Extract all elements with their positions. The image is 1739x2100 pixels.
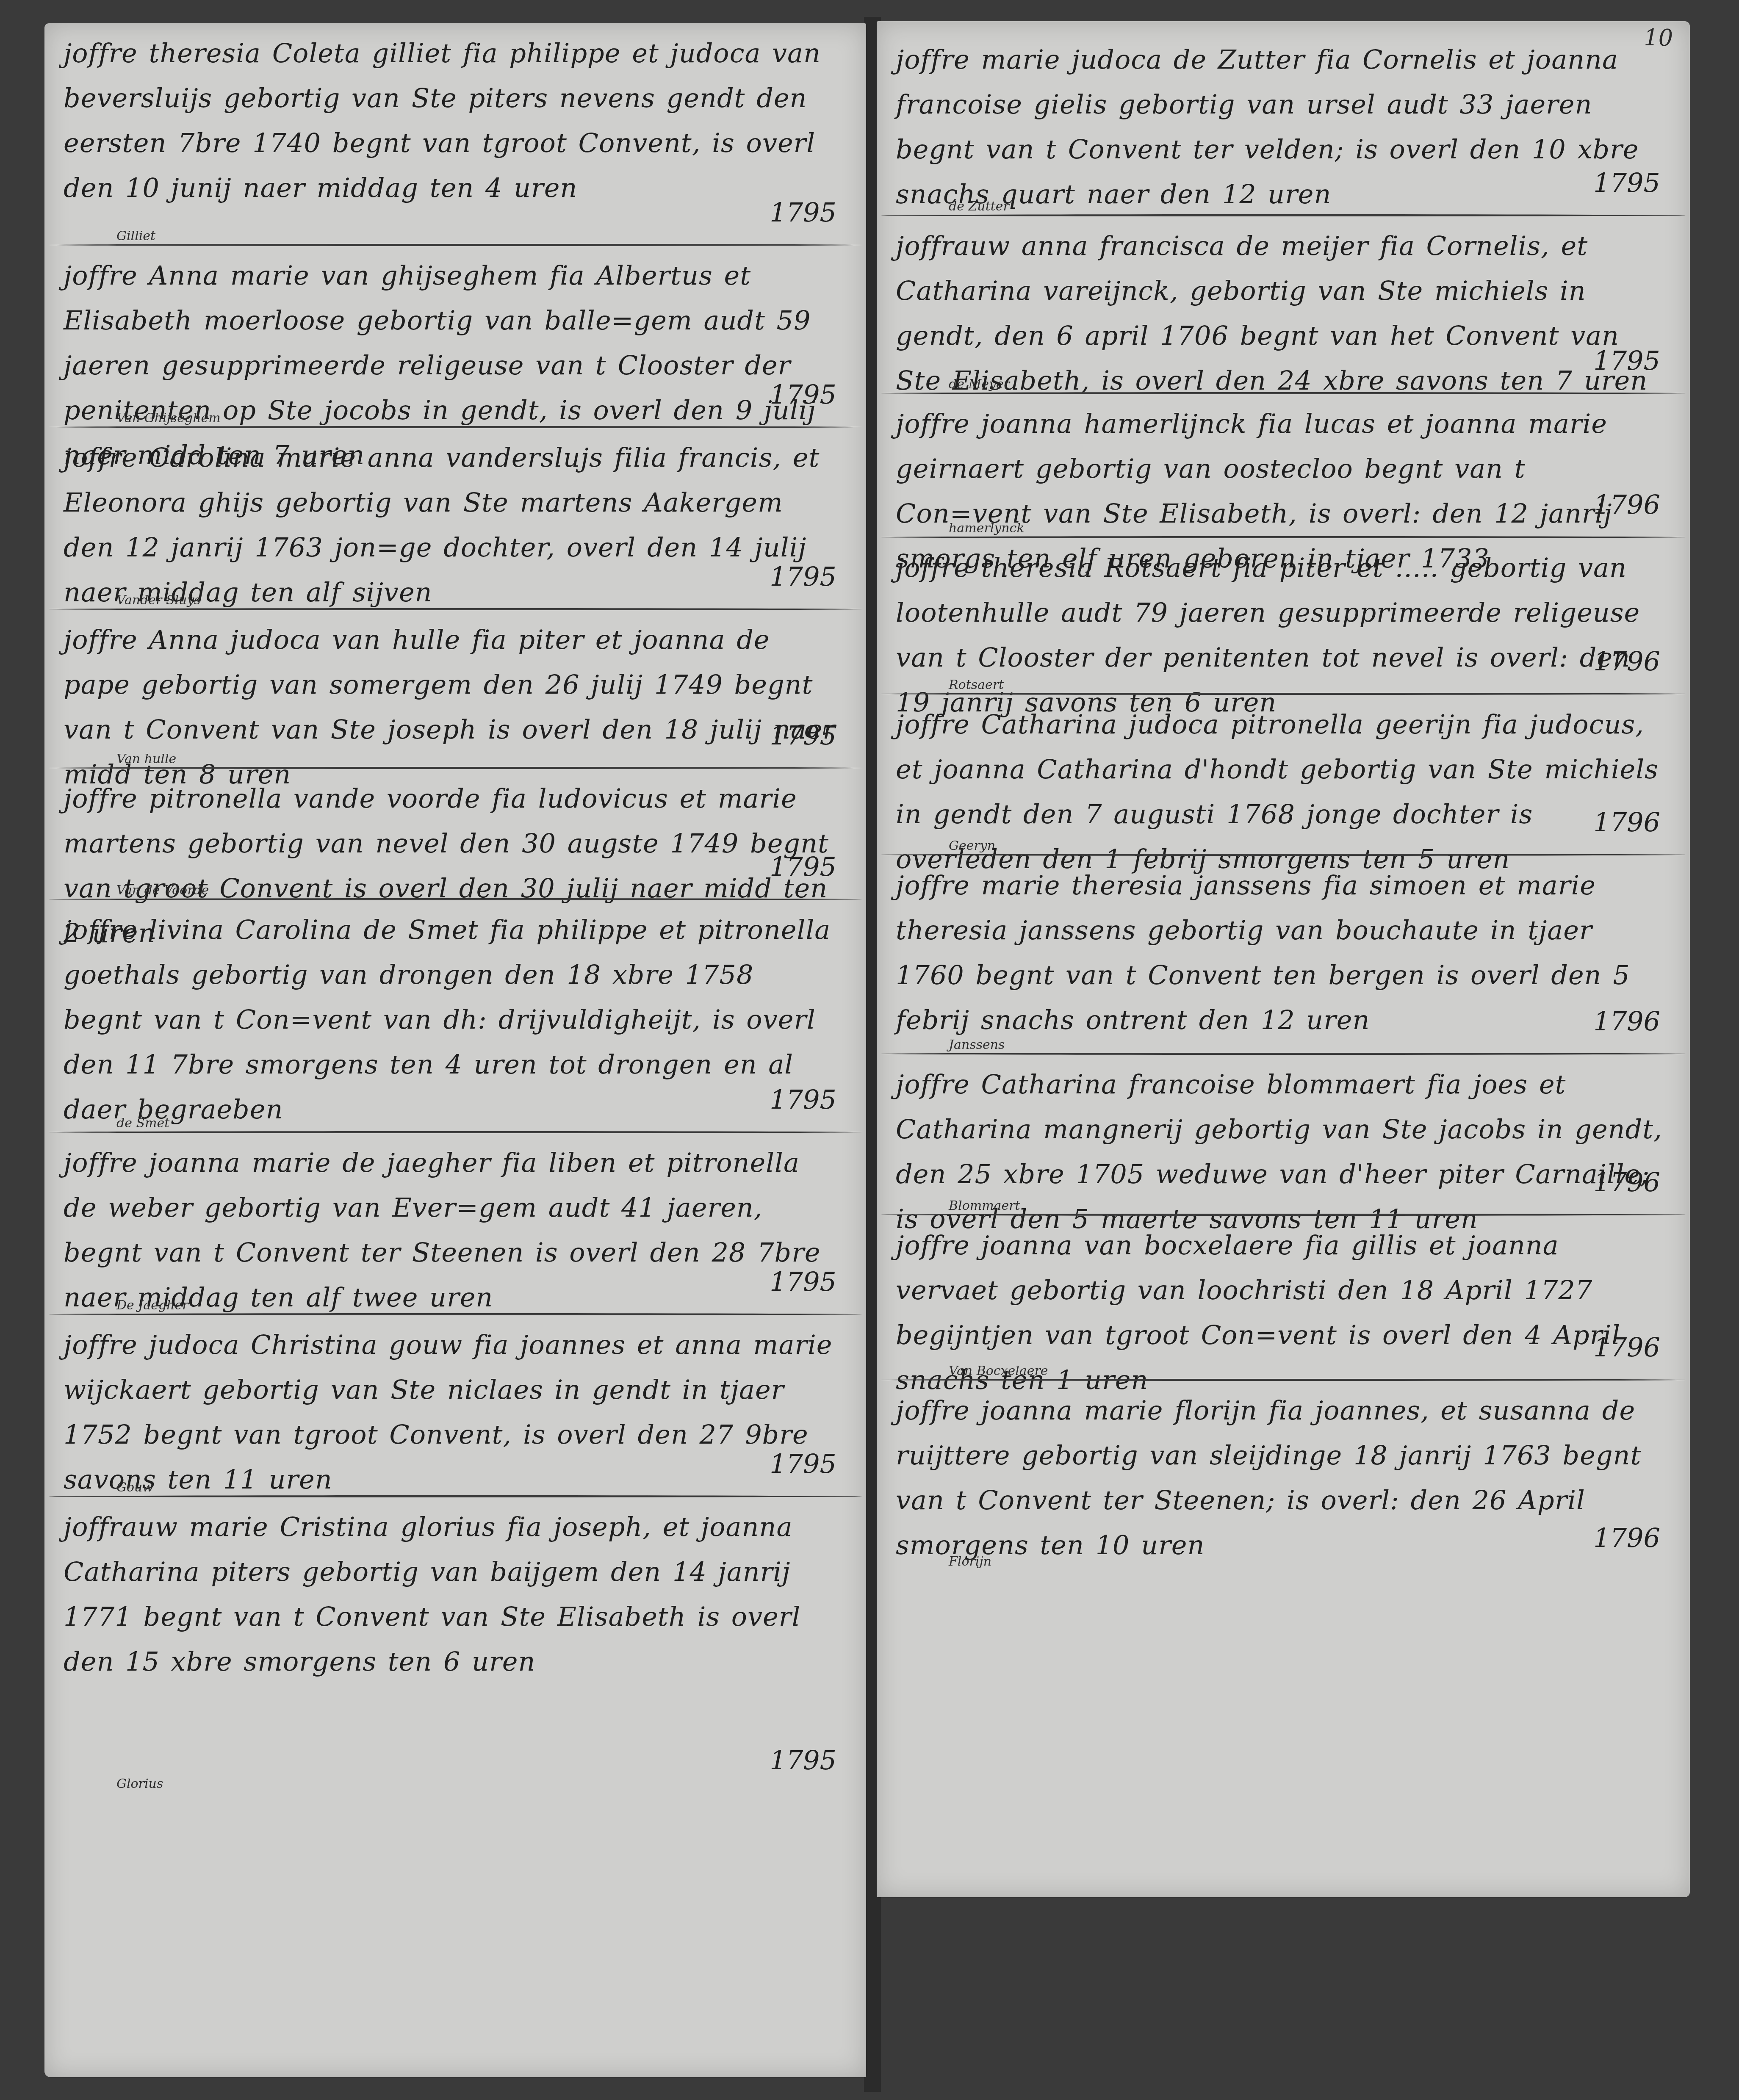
register-entry: joffre Catharina francoise blommaert fia…: [877, 1054, 1690, 1215]
margin-name: De Jaegher: [116, 1298, 188, 1313]
margin-name: de Smet: [116, 1116, 169, 1131]
margin-name: de Zutter: [949, 199, 1009, 214]
margin-name: Glorius: [116, 1776, 163, 1791]
register-entry: joffre joanna van bocxelaere fia gillis …: [877, 1215, 1690, 1381]
margin-name: Gouw: [116, 1480, 153, 1495]
margin-name: Blommaert: [949, 1198, 1020, 1213]
entry-text: joffre joanna marie de jaegher fia liben…: [64, 1140, 841, 1320]
register-entry: joffre Anna judoca van hulle fia piter e…: [44, 610, 866, 769]
entry-text: joffre theresia Coleta gilliet fia phili…: [64, 31, 841, 210]
register-entry: joffrauw anna francisca de meijer fia Co…: [877, 216, 1690, 394]
register-entry: joffre Carolina marie anna vanderslujs f…: [44, 428, 866, 610]
right-page: 10 joffre marie judoca de Zutter fia Cor…: [877, 21, 1690, 1897]
register-entry: joffre livina Carolina de Smet fia phili…: [44, 900, 866, 1133]
margin-name: hamerlynck: [949, 521, 1025, 536]
entry-year: 1795: [770, 561, 836, 592]
entry-text: joffre marie judoca de Zutter fia Cornel…: [896, 37, 1664, 217]
entry-year: 1796: [1593, 646, 1660, 677]
entry-year: 1795: [770, 197, 836, 228]
entry-year: 1795: [1593, 167, 1660, 198]
entry-text: joffre livina Carolina de Smet fia phili…: [64, 908, 841, 1132]
register-entry: joffre theresia Rotsaert fia piter et ..…: [877, 538, 1690, 694]
margin-name: Van Bocxelaere: [949, 1364, 1048, 1378]
entry-year: 1795: [770, 1448, 836, 1479]
register-entry: joffre marie judoca de Zutter fia Cornel…: [877, 30, 1690, 216]
margin-name: Vander Sluys: [116, 593, 201, 608]
register-entry: joffrauw marie Cristina glorius fia jose…: [44, 1497, 866, 1793]
margin-name: de Meyer: [949, 377, 1010, 392]
margin-name: Geeryn: [949, 838, 995, 853]
entry-year: 1795: [770, 1266, 836, 1297]
entry-text: joffre Carolina marie anna vanderslujs f…: [64, 435, 841, 615]
margin-name: Van hulle: [116, 752, 176, 766]
register-entry: joffre judoca Christina gouw fia joannes…: [44, 1315, 866, 1497]
margin-name: Rotsaert: [949, 678, 1004, 692]
entry-text: joffrauw marie Cristina glorius fia jose…: [64, 1505, 841, 1684]
entry-year: 1796: [1593, 489, 1660, 520]
entry-text: joffrauw anna francisca de meijer fia Co…: [896, 224, 1664, 403]
register-entry: joffre joanna hamerlijnck fia lucas et j…: [877, 394, 1690, 538]
margin-name: Janssens: [949, 1038, 1005, 1052]
register-entry: joffre joanna marie florijn fia joannes,…: [877, 1381, 1690, 1571]
entry-text: joffre marie theresia janssens fia simoe…: [896, 863, 1664, 1043]
entry-text: joffre judoca Christina gouw fia joannes…: [64, 1323, 841, 1502]
entry-year: 1795: [770, 1745, 836, 1776]
margin-name: Van de Voorde: [116, 883, 209, 898]
entry-year: 1796: [1593, 1332, 1660, 1363]
entry-year: 1795: [1593, 345, 1660, 376]
register-entry: joffre Catharina judoca pitronella geeri…: [877, 694, 1690, 855]
left-page: joffre theresia Coleta gilliet fia phili…: [44, 23, 866, 2077]
entry-text: joffre joanna marie florijn fia joannes,…: [896, 1388, 1664, 1568]
register-entry: joffre joanna marie de jaegher fia liben…: [44, 1133, 866, 1315]
margin-name: Florijn: [949, 1554, 991, 1569]
entry-year: 1795: [770, 1084, 836, 1115]
entry-year: 1795: [770, 379, 836, 410]
entry-year: 1795: [770, 851, 836, 882]
register-entry: joffre marie theresia janssens fia simoe…: [877, 855, 1690, 1054]
entry-year: 1795: [770, 720, 836, 751]
register-entry: joffre theresia Coleta gilliet fia phili…: [44, 23, 866, 246]
entry-year: 1796: [1593, 1522, 1660, 1553]
entry-year: 1796: [1593, 1006, 1660, 1037]
entry-year: 1796: [1593, 1167, 1660, 1198]
margin-name: Gilliet: [116, 229, 155, 243]
register-entry: joffre pitronella vande voorde fia ludov…: [44, 769, 866, 900]
register-entry: joffre Anna marie van ghijseghem fia Alb…: [44, 246, 866, 428]
margin-name: Van Ghijseghem: [116, 411, 221, 426]
entry-year: 1796: [1593, 807, 1660, 838]
